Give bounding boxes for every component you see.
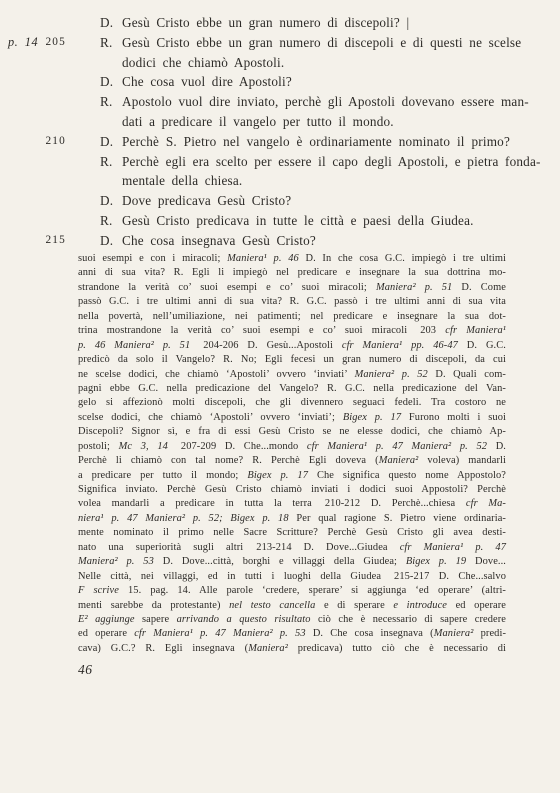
apparatus-segment: ed operare: [447, 600, 506, 611]
apparatus-line: Perchè li chiamò con tal nome? R. Perchè…: [78, 454, 506, 468]
catechism-line: dati a predicare il vangelo per tutto il…: [0, 112, 560, 132]
apparatus-segment: Maniera² p. 53: [78, 556, 154, 567]
apparatus-segment: Maniera²: [248, 643, 288, 654]
apparatus-line: volea mandarli a predicare in tutta la t…: [78, 497, 506, 511]
catechism-line-text: dati a predicare il vangelo per tutto il…: [122, 114, 394, 129]
apparatus-segment: Nelle città, nei villaggi, ed in tutti i…: [78, 571, 381, 582]
catechism-line: D.Gesù Cristo ebbe un gran numero di dis…: [0, 13, 560, 33]
apparatus-line: E² aggiunge sapere arrivando a questo ri…: [78, 613, 506, 627]
apparatus-line: cava) G.C.? R. Egli insegnava (Maniera² …: [78, 642, 506, 656]
speaker-label: D.: [100, 72, 113, 92]
speaker-label: R.: [100, 152, 113, 172]
apparatus-segment: cfr Ma-: [466, 498, 506, 509]
apparatus-line: Discepoli? Signor sì, e fra di essi Gesù…: [78, 425, 506, 439]
apparatus-line: Significa inviato. Perchè Gesù Cristo ch…: [78, 483, 506, 497]
catechism-line-text: Gesù Cristo predicava in tutte le città …: [122, 213, 474, 228]
apparatus-segment: menti sarebbe da protestante): [78, 600, 229, 611]
apparatus-segment: E² aggiunge: [78, 614, 135, 625]
apparatus-segment: 15. pag. 14. Alle parole ‘credere, spera…: [119, 585, 506, 596]
apparatus-segment: cfr Maniera¹ pp. 46-47: [342, 340, 458, 351]
apparatus-segment: 210-212 D. Perchè...chiesa: [325, 498, 466, 509]
apparatus-segment: Significa inviato. Perchè Gesù Cristo ch…: [78, 484, 506, 495]
apparatus-segment: F scrive: [78, 585, 119, 596]
apparatus-segment: D. Che cosa insegnava (: [306, 628, 434, 639]
apparatus-line: ne scelse dodici, che chiamò ‘Apostoli’ …: [78, 368, 506, 382]
catechism-line: R.Gesù Cristo predicava in tutte le citt…: [0, 211, 560, 231]
apparatus-line: F scrive 15. pag. 14. Alle parole ‘crede…: [78, 584, 506, 598]
catechism-line-text: dodici che chiamò Apostoli.: [122, 55, 284, 70]
apparatus-segment: D. Come: [452, 282, 506, 293]
apparatus-segment: D.: [487, 441, 506, 452]
apparatus-segment: Che significa questo nome Appostolo?: [308, 470, 506, 481]
apparatus-segment: 213-214 D. Dove...Giudea: [256, 542, 399, 553]
catechism-line-text: Perchè egli era scelto per essere il cap…: [122, 152, 510, 172]
apparatus-segment: nato una superiorità sugli altri: [78, 542, 243, 553]
apparatus-segment: volea mandarli a predicare in tutta la t…: [78, 498, 312, 509]
apparatus-segment: nel testo cancella: [229, 600, 315, 611]
apparatus-line: passò G.C. i tre ultimi anni di sua vita…: [78, 295, 506, 309]
page-number: 46: [78, 662, 93, 678]
apparatus-line: scelse dodici, che chiamò ‘Apostoli’ ovv…: [78, 411, 506, 425]
apparatus-segment: gelo si affezionò molti discepoli, che g…: [78, 397, 506, 408]
apparatus-segment: strandone la verità co’ suoi esempi e co…: [78, 282, 376, 293]
apparatus-segment: Bigex p. 17: [343, 412, 401, 423]
apparatus-segment: a predicare per tutto il mondo;: [78, 470, 247, 481]
apparatus-segment: trina mostrandone la verità co’ suoi ese…: [78, 325, 407, 336]
speaker-label: D.: [100, 13, 113, 33]
apparatus-segment: Maniera²: [434, 628, 474, 639]
apparatus-line: ed operare cfr Maniera¹ p. 47 Maniera² p…: [78, 627, 506, 641]
catechism-line-text: Gesù Cristo ebbe un gran numero di disce…: [122, 33, 510, 53]
apparatus-segment: Bigex p. 19: [406, 556, 466, 567]
catechism-line: R.Perchè egli era scelto per essere il c…: [0, 152, 560, 172]
apparatus-line: Maniera² p. 53 D. Dove...città, borghi e…: [78, 555, 506, 569]
apparatus-line: pagni ebbe G.C. nella predicazione del V…: [78, 382, 506, 396]
apparatus-segment: sapere: [135, 614, 177, 625]
apparatus-segment: Maniera² p. 52: [355, 369, 428, 380]
apparatus-segment: Perchè li chiamò con tal nome? R. Perchè…: [78, 455, 379, 466]
apparatus-segment: Bigex p. 17: [247, 470, 308, 481]
apparatus-line: nato una superiorità sugli altri213-214 …: [78, 541, 506, 555]
apparatus-segment: Dove...: [466, 556, 506, 567]
apparatus-segment: ne scelse dodici, che chiamò ‘Apostoli’ …: [78, 369, 355, 380]
apparatus-segment: e introduce: [393, 600, 447, 611]
catechism-line: mentale della chiesa.: [0, 171, 560, 191]
speaker-label: R.: [100, 33, 113, 53]
catechism-line-text: mentale della chiesa.: [122, 173, 242, 188]
apparatus-segment: mente nominato il primo nelle Sacre Scri…: [78, 527, 506, 538]
apparatus-line: suoi esempi e con i miracoli; Maniera¹ p…: [78, 252, 506, 266]
catechism-line-text: Gesù Cristo ebbe un gran numero di disce…: [122, 15, 409, 30]
apparatus-segment: predicava) tutto ciò che è necessario di: [288, 643, 506, 654]
speaker-label: R.: [100, 211, 113, 231]
apparatus-segment: p. 46 Maniera² p. 51: [78, 340, 190, 351]
margin-line-number: 210: [26, 132, 66, 152]
catechism-line: R.Apostolo vuol dire inviato, perchè gli…: [0, 92, 560, 112]
speaker-label: D.: [100, 132, 113, 152]
apparatus-segment: niera¹ p. 47 Maniera² p. 52; Bigex p. 18: [78, 513, 289, 524]
apparatus-segment: 204-206 D. Gesù...Apostoli: [203, 340, 342, 351]
apparatus-segment: D. In che cosa G.C. impiegò i tre ultimi: [299, 253, 506, 264]
apparatus-segment: cfr Maniera¹ p. 47: [400, 542, 506, 553]
apparatus-segment: passò G.C. i tre ultimi anni di sua vita…: [78, 296, 506, 307]
apparatus-segment: cfr Maniera¹ p. 47 Maniera² p. 52: [307, 441, 487, 452]
apparatus-line: nella povertà, nell’umiliazione, nei pat…: [78, 310, 506, 324]
catechism-line: dodici che chiamò Apostoli.: [0, 53, 560, 73]
apparatus-segment: 215-217 D. Che...salvo: [394, 571, 506, 582]
apparatus-line: predicò da solo il Vangelo? R. No; Egli …: [78, 353, 506, 367]
apparatus-segment: Maniera² p. 51: [376, 282, 452, 293]
apparatus-segment: D. Dove...città, borghi e villaggi della…: [154, 556, 406, 567]
catechism-line-text: Che cosa vuol dire Apostoli?: [122, 74, 292, 89]
catechism-text: D.Gesù Cristo ebbe un gran numero di dis…: [0, 13, 560, 251]
apparatus-segment: predi-: [473, 628, 506, 639]
apparatus-segment: pagni ebbe G.C. nella predicazione del V…: [78, 383, 506, 394]
apparatus-line: gelo si affezionò molti discepoli, che g…: [78, 396, 506, 410]
catechism-line: 215D.Che cosa insegnava Gesù Cristo?: [0, 231, 560, 251]
scanned-book-page: D.Gesù Cristo ebbe un gran numero di dis…: [0, 0, 560, 793]
apparatus-segment: Per qual ragione S. Pietro viene ordinar…: [289, 513, 506, 524]
apparatus-segment: Maniera²: [379, 455, 419, 466]
apparatus-line: strandone la verità co’ suoi esempi e co…: [78, 281, 506, 295]
apparatus-segment: Maniera¹ p. 46: [227, 253, 299, 264]
apparatus-segment: Mc 3, 14: [119, 441, 168, 452]
catechism-line-text: Apostolo vuol dire inviato, perchè gli A…: [122, 92, 510, 112]
apparatus-segment: suoi esempi e con i miracoli;: [78, 253, 227, 264]
catechism-line: D.Dove predicava Gesù Cristo?: [0, 191, 560, 211]
apparatus-line: p. 46 Maniera² p. 51204-206 D. Gesù...Ap…: [78, 339, 506, 353]
apparatus-segment: cfr Maniera¹ p. 47 Maniera² p. 53: [134, 628, 305, 639]
margin-line-number: 215: [26, 231, 66, 251]
apparatus-line: Nelle città, nei villaggi, ed in tutti i…: [78, 570, 506, 584]
apparatus-line: anni di sua vita? R. Egli li impiegò nel…: [78, 266, 506, 280]
apparatus-segment: e di sperare: [315, 600, 393, 611]
speaker-label: R.: [100, 92, 113, 112]
apparatus-segment: D. Quali com-: [428, 369, 506, 380]
catechism-line: 210D.Perchè S. Pietro nel vangelo è ordi…: [0, 132, 560, 152]
apparatus-segment: scelse dodici, che chiamò ‘Apostoli’ ovv…: [78, 412, 343, 423]
apparatus-line: menti sarebbe da protestante) nel testo …: [78, 599, 506, 613]
apparatus-segment: arrivando a questo risultato: [177, 614, 311, 625]
apparatus-segment: Furono molti i suoi: [401, 412, 506, 423]
speaker-label: D.: [100, 191, 113, 211]
apparatus-line: mente nominato il primo nelle Sacre Scri…: [78, 526, 506, 540]
catechism-line: p. 14205R.Gesù Cristo ebbe un gran numer…: [0, 33, 560, 53]
apparatus-segment: 203: [420, 325, 445, 336]
apparatus-segment: cava) G.C.? R. Egli insegnava (: [78, 643, 248, 654]
critical-apparatus: suoi esempi e con i miracoli; Maniera¹ p…: [78, 252, 506, 656]
apparatus-segment: ed operare: [78, 628, 134, 639]
apparatus-line: niera¹ p. 47 Maniera² p. 52; Bigex p. 18…: [78, 512, 506, 526]
apparatus-segment: D. G.C.: [458, 340, 506, 351]
apparatus-line: postoli; Mc 3, 14207-209 D. Che...mondo …: [78, 440, 506, 454]
margin-line-number: 205: [26, 33, 66, 53]
apparatus-segment: anni di sua vita? R. Egli li impiegò nel…: [78, 267, 506, 278]
catechism-line-text: Dove predicava Gesù Cristo?: [122, 193, 291, 208]
apparatus-segment: cfr Maniera¹: [445, 325, 506, 336]
apparatus-segment: ciò che è necessario di sapere credere: [311, 614, 506, 625]
apparatus-segment: postoli;: [78, 441, 119, 452]
speaker-label: D.: [100, 231, 113, 251]
catechism-line-text: Perchè S. Pietro nel vangelo è ordinaria…: [122, 132, 510, 152]
apparatus-segment: predicò da solo il Vangelo? R. No; Egli …: [78, 354, 506, 365]
apparatus-segment: 207-209 D. Che...mondo: [181, 441, 307, 452]
apparatus-segment: voleva) mandarli: [418, 455, 506, 466]
apparatus-segment: nella povertà, nell’umiliazione, nei pat…: [78, 311, 506, 322]
catechism-line-text: Che cosa insegnava Gesù Cristo?: [122, 233, 316, 248]
apparatus-line: trina mostrandone la verità co’ suoi ese…: [78, 324, 506, 338]
catechism-line: D.Che cosa vuol dire Apostoli?: [0, 72, 560, 92]
apparatus-segment: Discepoli? Signor sì, e fra di essi Gesù…: [78, 426, 506, 437]
apparatus-line: a predicare per tutto il mondo; Bigex p.…: [78, 469, 506, 483]
